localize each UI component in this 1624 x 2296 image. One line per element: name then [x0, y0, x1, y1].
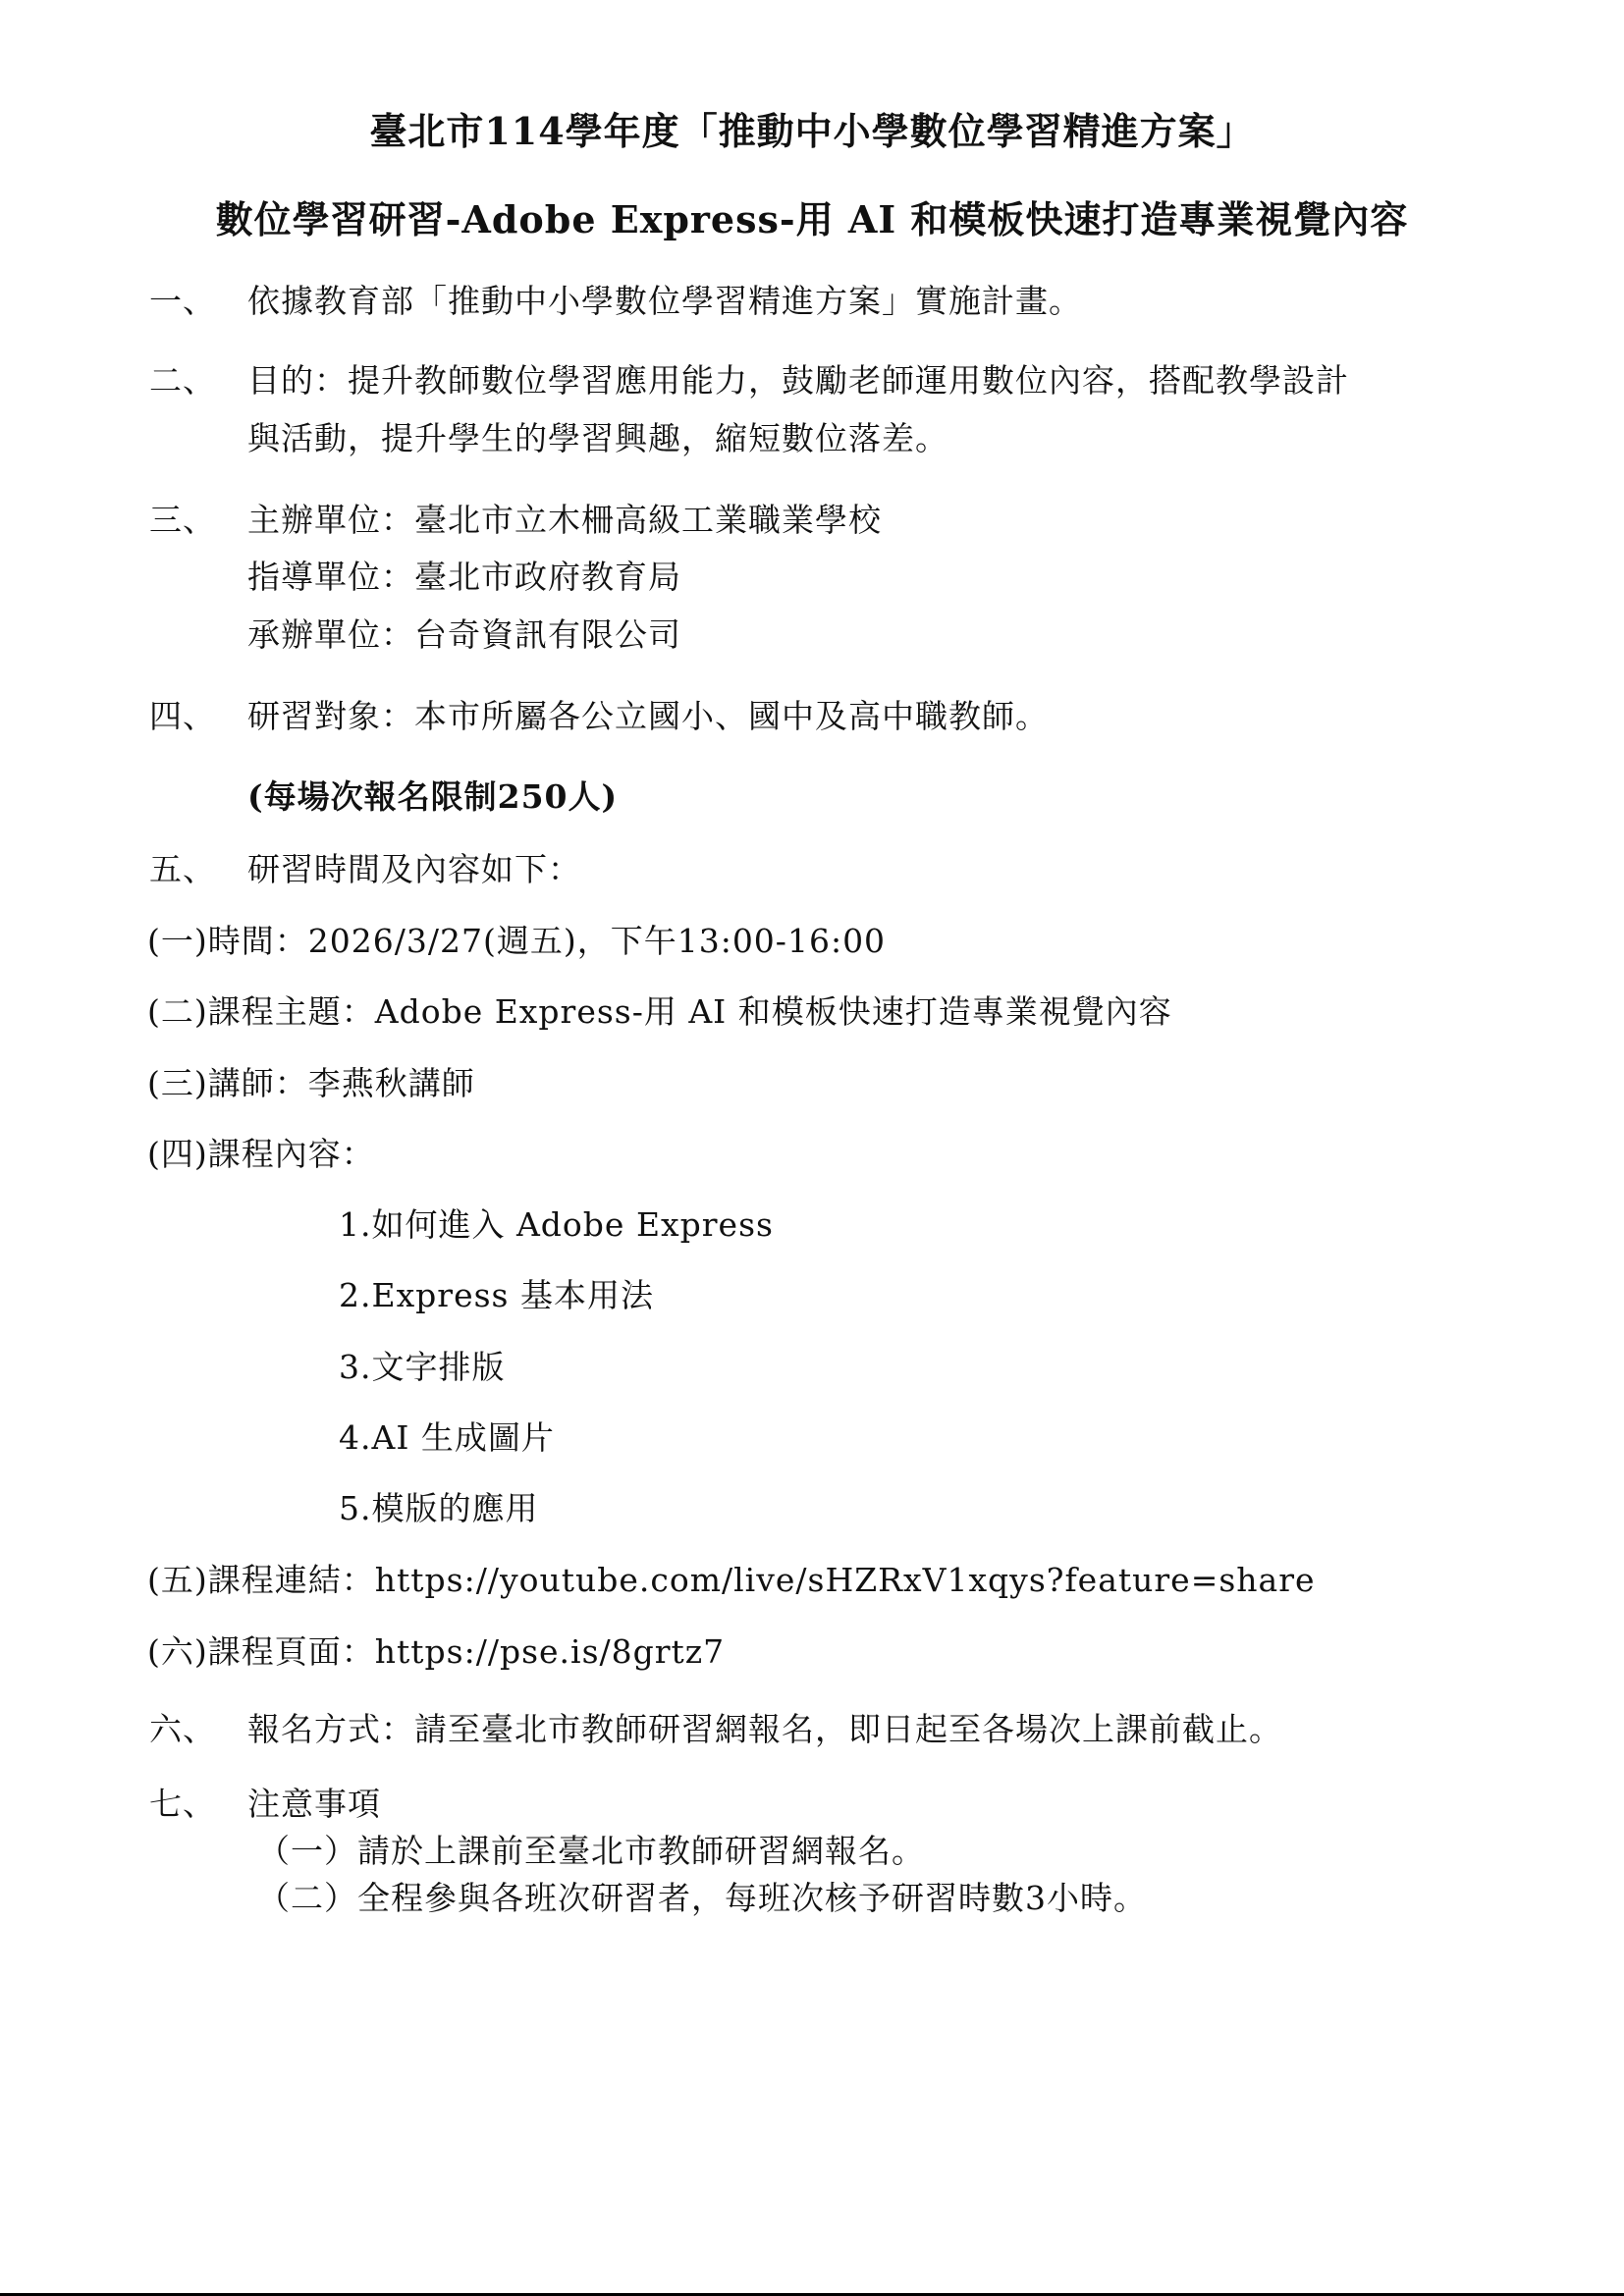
course-item-1: 1.如何進入 Adobe Express [339, 1205, 774, 1245]
enrollment-limit: (每場次報名限制250人) [247, 777, 618, 817]
note-item-1: （一）請於上課前至臺北市教師研習網報名。 [257, 1832, 925, 1871]
course-link-label: (五)課程連結： [147, 1561, 375, 1599]
section-number: 二、 [149, 361, 216, 400]
course-item-4: 4.AI 生成圖片 [339, 1418, 555, 1458]
course-link[interactable]: https://youtube.com/live/sHZRxV1xqys?fea… [375, 1561, 1316, 1599]
detail-content-heading: (四)課程內容： [147, 1135, 375, 1174]
course-item-5: 5.模版的應用 [339, 1489, 539, 1528]
course-item-3: 3.文字排版 [339, 1348, 506, 1387]
section-text: 依據教育部「推動中小學數位學習精進方案」實施計畫。 [247, 282, 1082, 321]
section-text: 與活動，提升學生的學習興趣，縮短數位落差。 [247, 419, 948, 458]
section-number: 六、 [149, 1710, 216, 1749]
section-number: 一、 [149, 282, 216, 321]
detail-topic: (二)課程主題：Adobe Express-用 AI 和模板快速打造專業視覺內容 [147, 992, 1172, 1032]
detail-lecturer: (三)講師：李燕秋講師 [147, 1064, 475, 1103]
course-item-2: 2.Express 基本用法 [339, 1276, 654, 1315]
section-number: 四、 [149, 697, 216, 736]
target-audience: 研習對象：本市所屬各公立國小、國中及高中職教師。 [247, 697, 1049, 736]
section-number: 七、 [149, 1785, 216, 1824]
detail-time: (一)時間：2026/3/27(週五)，下午13:00-16:00 [147, 922, 886, 961]
contractor: 承辦單位：台奇資訊有限公司 [247, 615, 681, 655]
section-text: 目的：提升教師數位學習應用能力，鼓勵老師運用數位內容，搭配教學設計 [247, 361, 1349, 400]
course-link-row: (五)課程連結：https://youtube.com/live/sHZRxV1… [147, 1561, 1316, 1600]
section-number: 三、 [149, 501, 216, 540]
course-page-link[interactable]: https://pse.is/8grtz7 [375, 1632, 725, 1671]
course-page-row: (六)課程頁面：https://pse.is/8grtz7 [147, 1632, 725, 1672]
course-page-label: (六)課程頁面： [147, 1632, 375, 1671]
document-page: 臺北市114學年度「推動中小學數位學習精進方案」 數位學習研習-Adobe Ex… [0, 0, 1624, 2296]
document-title-line1: 臺北市114學年度「推動中小學數位學習精進方案」 [0, 101, 1624, 155]
organizer: 主辦單位：臺北市立木柵高級工業職業學校 [247, 501, 882, 540]
section-text: 研習時間及內容如下： [247, 850, 581, 889]
registration-text: 報名方式：請至臺北市教師研習網報名，即日起至各場次上課前截止。 [247, 1710, 1282, 1749]
supervisor: 指導單位：臺北市政府教育局 [247, 558, 681, 597]
section-number: 五、 [149, 850, 216, 889]
note-item-2: （二）全程參與各班次研習者，每班次核予研習時數3小時。 [257, 1879, 1147, 1918]
notes-heading: 注意事項 [247, 1785, 381, 1824]
document-title-line2: 數位學習研習-Adobe Express-用 AI 和模板快速打造專業視覺內容 [0, 189, 1624, 243]
